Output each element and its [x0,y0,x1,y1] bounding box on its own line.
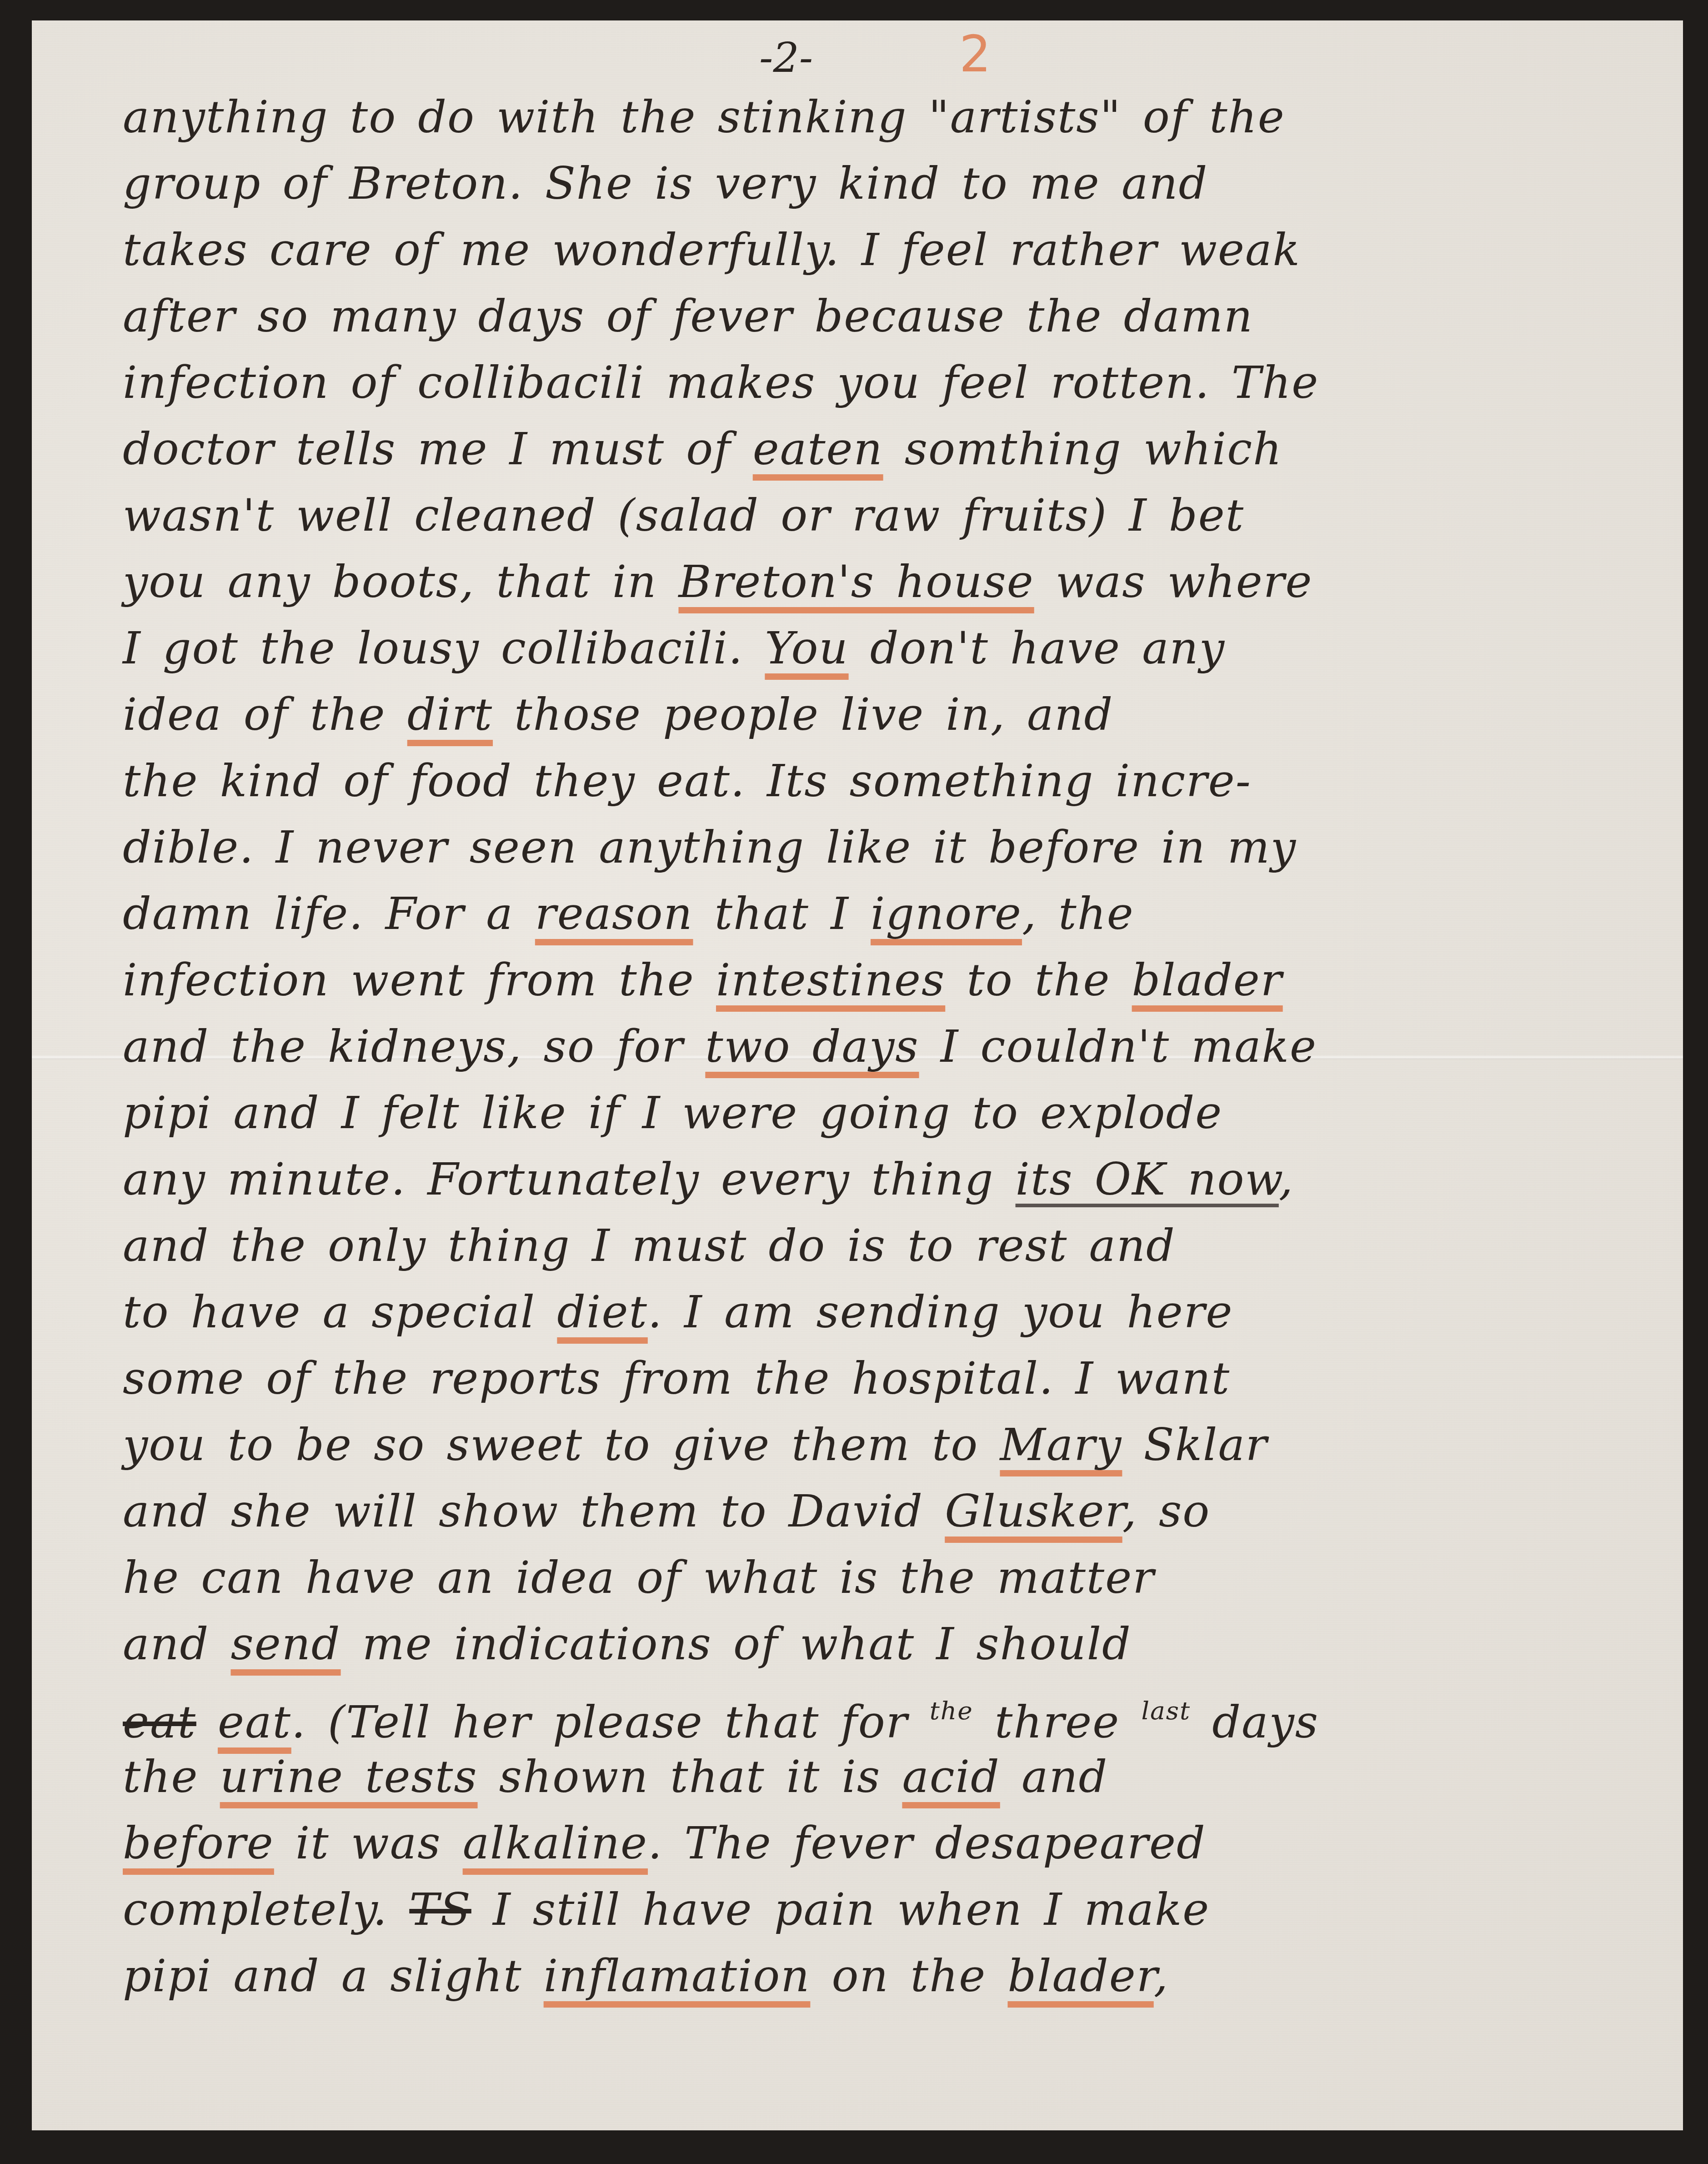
letter-text: you any boots, that in [123,556,678,608]
handwritten-letter-body: anything to do with the stinking "artist… [123,84,1623,2009]
letter-text: , the [1022,888,1134,940]
page-number-ink: -2- [759,34,813,82]
underlined-word: its OK now [1016,1154,1279,1205]
letter-line: and she will show them to David Glusker,… [123,1478,1623,1545]
letter-text: idea of the [123,689,407,741]
letter-text: those people live in, and [493,689,1113,741]
letter-line: infection of collibacili makes you feel … [123,350,1623,416]
letter-line: completely. TS I still have pain when I … [123,1877,1623,1943]
letter-text: it was [274,1818,463,1869]
letter-text: I couldn't make [919,1021,1317,1073]
letter-line: eat eat. (Tell her please that for the t… [123,1677,1623,1744]
letter-text: damn life. For a [123,888,535,940]
underlined-word: before [123,1818,274,1869]
underlined-word: eat [218,1697,291,1748]
letter-text: pipi and I felt like if I were going to … [123,1087,1222,1139]
letter-text: the [123,1751,220,1803]
underlined-word: reason [535,888,693,940]
letter-text: I got the lousy collibacili. [123,623,765,674]
letter-text: three [973,1697,1142,1748]
letter-line: you any boots, that in Breton's house wa… [123,549,1623,615]
underlined-word: alkaline [463,1818,648,1869]
letter-line: anything to do with the stinking "artist… [123,84,1623,151]
underlined-word: You [765,623,848,674]
letter-line: some of the reports from the hospital. I… [123,1346,1623,1412]
letter-line: pipi and I felt like if I were going to … [123,1080,1623,1146]
underlined-word: ignore [871,888,1022,940]
letter-text: don't have any [849,623,1225,674]
letter-line: you to be so sweet to give them to Mary … [123,1412,1623,1478]
letter-text: that I [693,888,871,940]
letter-text: . The fever desapeared [648,1818,1206,1869]
letter-text: the [930,1696,973,1725]
letter-line: pipi and a slight inflamation on the bla… [123,1943,1623,2009]
letter-text: and [1000,1751,1108,1803]
letter-text: Sklar [1122,1419,1267,1471]
letter-text [196,1697,218,1748]
letter-text: to the [945,954,1132,1006]
letter-text: , [1154,1950,1169,2002]
letter-text: pipi and a slight [123,1950,544,2002]
letter-line: the kind of food they eat. Its something… [123,748,1623,814]
underlined-word: blader [1132,954,1283,1006]
underlined-word: urine tests [220,1751,478,1803]
letter-line: infection went from the intestines to th… [123,947,1623,1014]
letter-line: to have a special diet. I am sending you… [123,1279,1623,1346]
letter-text: me indications of what I should [341,1618,1132,1670]
letter-text: and she will show them to David [123,1486,945,1537]
letter-text: after so many days of fever because the … [123,291,1253,342]
letter-text: . I am sending you here [648,1286,1233,1338]
letter-text: and the only thing I must do is to rest … [123,1220,1176,1272]
underlined-word: blader [1007,1950,1153,2002]
page-number-red-pencil: 2 [959,25,991,83]
letter-line: idea of the dirt those people live in, a… [123,682,1623,748]
letter-line: I got the lousy collibacili. You don't h… [123,615,1623,682]
underlined-word: intestines [716,954,945,1006]
letter-text: some of the reports from the hospital. I… [123,1353,1230,1405]
letter-text: he can have an idea of what is the matte… [123,1552,1155,1604]
letter-line: the urine tests shown that it is acid an… [123,1744,1623,1810]
letter-line: doctor tells me I must of eaten somthing… [123,416,1623,482]
letter-text: I still have pain when I make [471,1884,1210,1936]
letter-line: and send me indications of what I should [123,1611,1623,1677]
letter-text: was where [1034,556,1313,608]
letter-text: takes care of me wonderfully. I feel rat… [123,224,1301,276]
struck-word: TS [409,1884,471,1936]
letter-text: you to be so sweet to give them to [123,1419,1000,1471]
underlined-word: eaten [753,423,883,475]
letter-text: . (Tell her please that for [291,1697,930,1748]
letter-text: group of Breton. She is very kind to me … [123,158,1208,210]
letter-text: to have a special [123,1286,557,1338]
letter-line: after so many days of fever because the … [123,283,1623,350]
letter-line: damn life. For a reason that I ignore, t… [123,881,1623,947]
letter-line: and the kidneys, so for two days I could… [123,1014,1623,1080]
letter-text: somthing which [883,423,1283,475]
letter-text: infection of collibacili makes you feel … [123,357,1319,409]
underlined-word: Breton's house [678,556,1034,608]
letter-text: last [1141,1696,1191,1725]
letter-text: , [1279,1154,1294,1205]
underlined-word: Glusker [945,1486,1122,1537]
letter-line: he can have an idea of what is the matte… [123,1545,1623,1611]
letter-text: shown that it is [478,1751,902,1803]
letter-text: anything to do with the stinking "artist… [123,91,1285,143]
underlined-word: Mary [1000,1419,1122,1471]
letter-text: on the [810,1950,1007,2002]
letter-line: any minute. Fortunately every thing its … [123,1146,1623,1213]
letter-text: and [123,1618,230,1670]
letter-line: wasn't well cleaned (salad or raw fruits… [123,482,1623,549]
underlined-word: send [230,1618,341,1670]
letter-text: wasn't well cleaned (salad or raw fruits… [123,490,1244,542]
letter-text: , so [1122,1486,1211,1537]
letter-line: before it was alkaline. The fever desape… [123,1810,1623,1877]
letter-line: dible. I never seen anything like it bef… [123,814,1623,881]
letter-line: takes care of me wonderfully. I feel rat… [123,217,1623,283]
underlined-word: diet [557,1286,647,1338]
letter-text: the kind of food they eat. Its something… [123,755,1252,807]
underlined-word: inflamation [544,1950,811,2002]
letter-text: completely. [123,1884,409,1936]
letter-text: infection went from the [123,954,716,1006]
underlined-word: acid [902,1751,1000,1803]
letter-text: and the kidneys, so for [123,1021,705,1073]
letter-line: and the only thing I must do is to rest … [123,1213,1623,1279]
letter-text: dible. I never seen anything like it bef… [123,822,1297,874]
letter-text: doctor tells me I must of [123,423,753,475]
letter-line: group of Breton. She is very kind to me … [123,151,1623,217]
letter-page: -2- 2 anything to do with the stinking "… [32,20,1683,2130]
letter-text: days [1191,1697,1319,1748]
underlined-word: two days [705,1021,919,1073]
struck-word: eat [123,1697,196,1748]
letter-text: any minute. Fortunately every thing [123,1154,1016,1205]
underlined-word: dirt [407,689,493,741]
